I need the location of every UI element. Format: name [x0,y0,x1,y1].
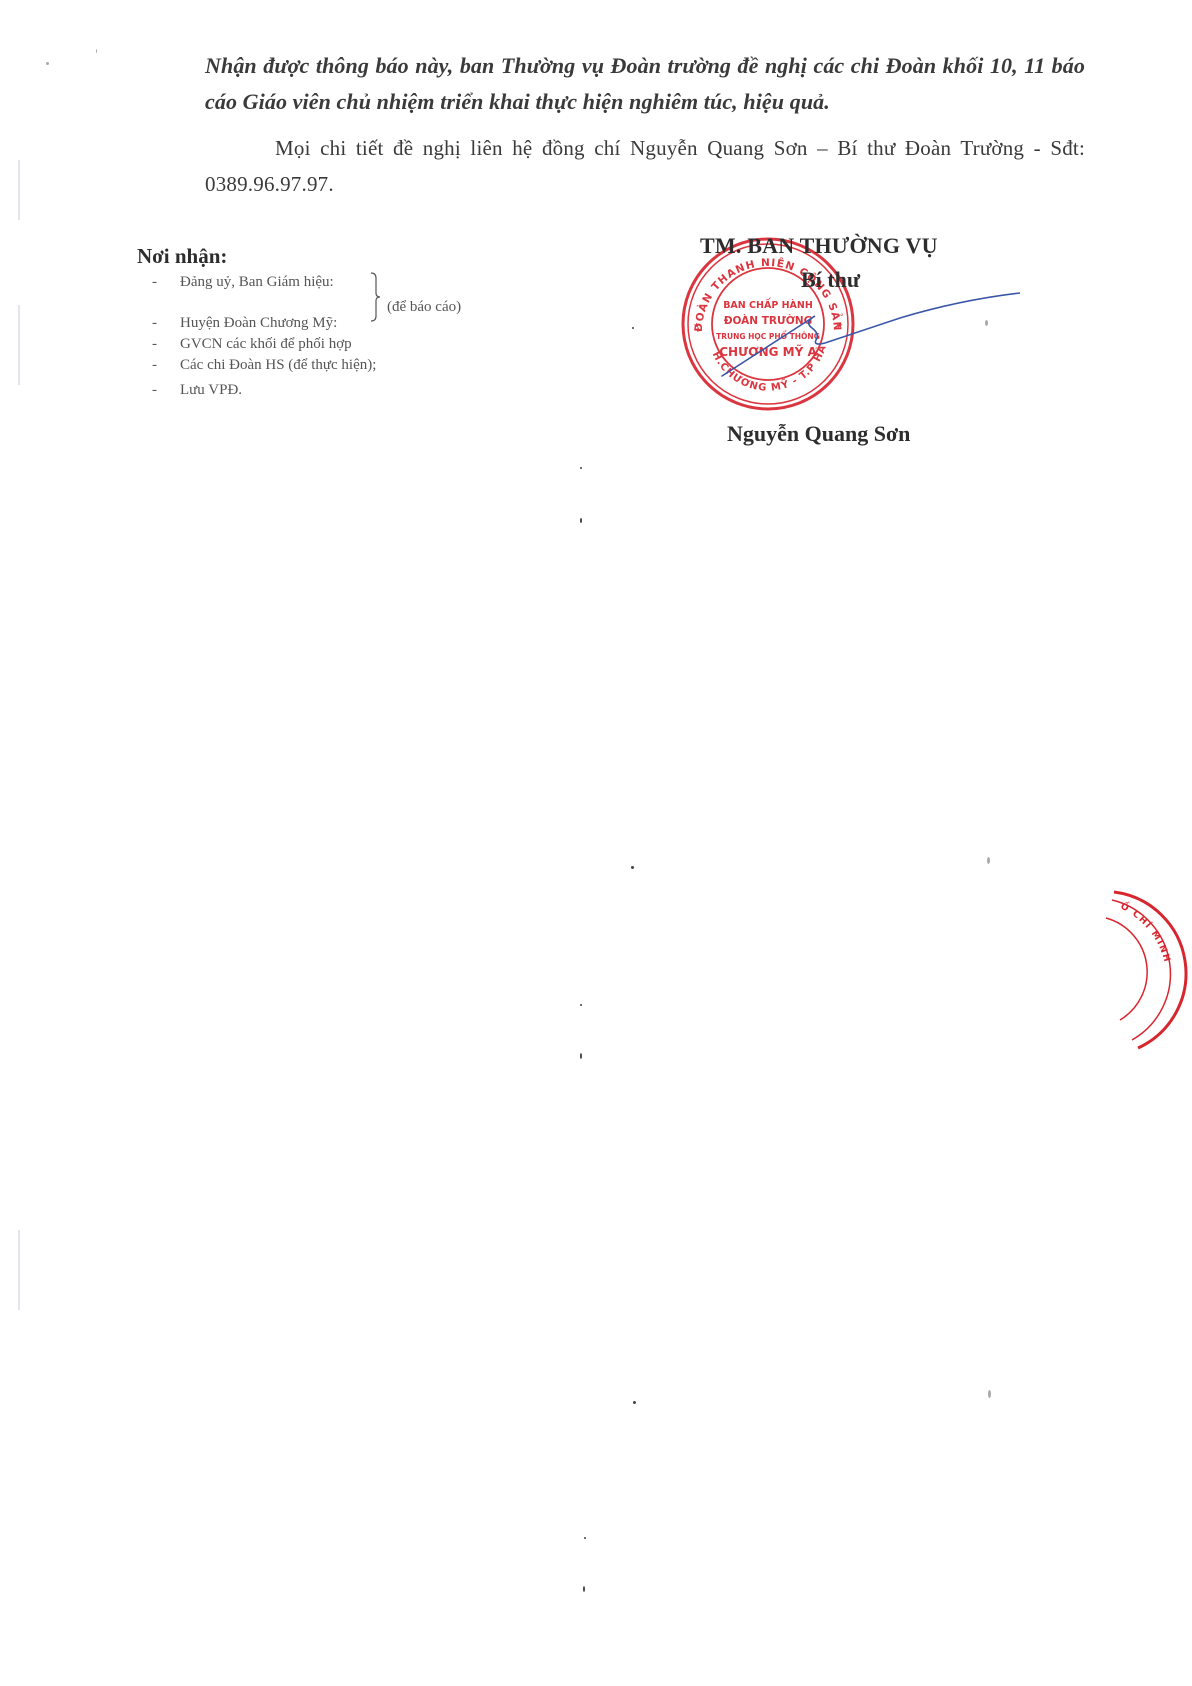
recipient-label: Huyện Đoàn Chương Mỹ: [180,315,337,331]
recipient-item: - GVCN các khối để phối hợp [137,334,497,355]
recipient-label: Lưu VPĐ. [180,382,242,398]
signer-name: Nguyễn Quang Sơn [727,421,910,447]
brace-note: (để báo cáo) [387,299,461,316]
scan-speck [633,1401,636,1404]
recipient-item: - Đảng uỷ, Ban Giám hiệu: [137,272,497,293]
list-dash: - [152,380,157,401]
signature-on-behalf: TM. BAN THƯỜNG VỤ [700,233,938,259]
scan-speck [580,1053,582,1059]
closing-paragraph: Nhận được thông báo này, ban Thường vụ Đ… [205,48,1085,120]
document-page: Nhận được thông báo này, ban Thường vụ Đ… [0,0,1192,1686]
scan-speck [580,1004,582,1006]
contact-paragraph: Mọi chi tiết đề nghị liên hệ đồng chí Ng… [205,130,1085,202]
scan-speck [987,857,990,864]
scan-speck [580,518,582,523]
scan-speck [632,327,634,329]
scan-edge-mark [18,1230,20,1310]
recipient-item: - Các chi Đoàn HS (để thực hiện); [137,355,497,376]
recipient-item: - Lưu VPĐ. [137,380,497,401]
list-dash: - [152,355,157,376]
scan-edge-mark [18,305,20,385]
scan-speck [46,62,49,65]
scan-speck [631,866,634,869]
list-dash: - [152,313,157,334]
recipient-label: Các chi Đoàn HS (để thực hiện); [180,357,376,373]
recipient-item: - Huyện Đoàn Chương Mỹ: [137,313,497,334]
handwritten-signature-icon [720,288,1020,378]
star-icon: ★ [693,321,700,330]
list-dash: - [152,272,157,293]
scan-speck [584,1537,586,1539]
scan-speck [580,467,582,469]
recipients-title: Nơi nhận: [137,243,497,269]
recipient-label: Đảng uỷ, Ban Giám hiệu: [180,274,334,290]
partial-stamp-icon: Ồ CHÍ MINH [1100,890,1192,1050]
scan-edge-mark [18,160,20,220]
list-dash: - [152,334,157,355]
scan-speck [988,1390,991,1398]
recipients-list: - Đảng uỷ, Ban Giám hiệu: - Huyện Đoàn C… [137,272,497,401]
scan-speck [583,1586,585,1592]
recipients-block: Nơi nhận: - Đảng uỷ, Ban Giám hiệu: - Hu… [137,243,497,401]
recipient-label: GVCN các khối để phối hợp [180,336,352,352]
scan-speck [96,49,97,53]
brace-icon [370,272,380,322]
